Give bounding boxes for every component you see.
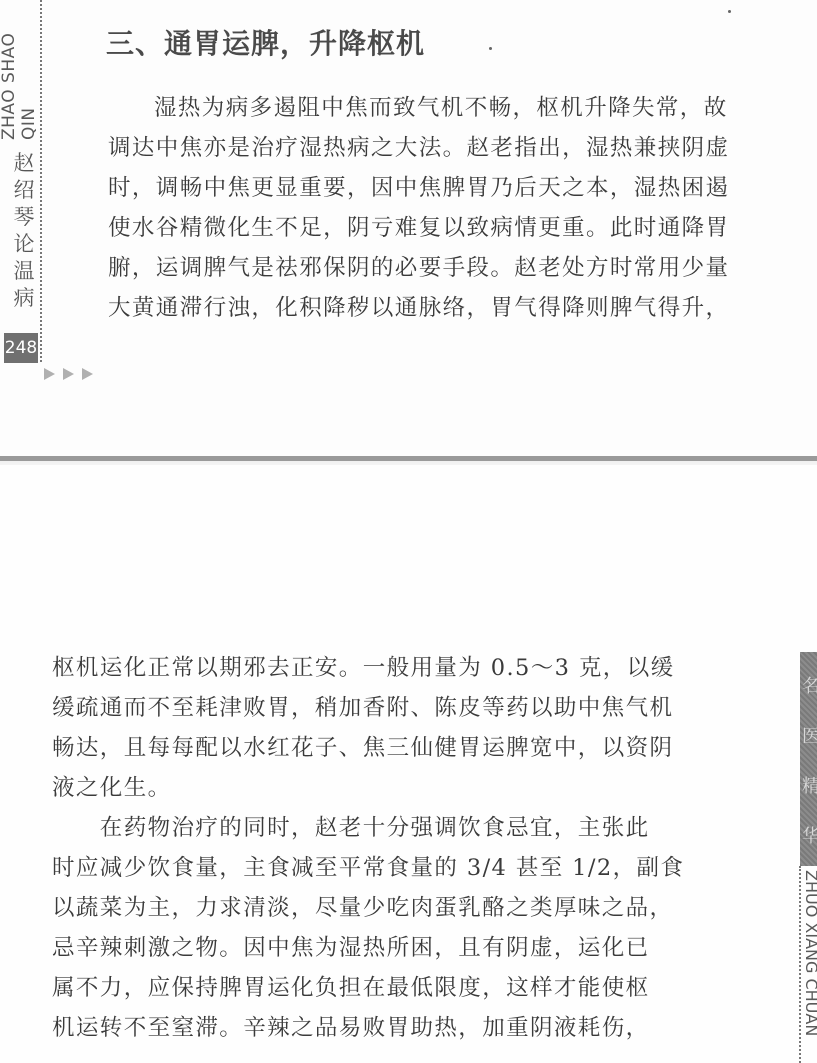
text-line: 大黄通滞行浊，化积降秽以通脉络，胃气得降则脾气得升， — [108, 288, 729, 328]
title-char: 温 — [10, 258, 38, 285]
text-line: 机运转不至窒滞。辛辣之品易败胃助热，加重阴液耗伤， — [52, 1008, 684, 1048]
title-char: 病 — [10, 285, 38, 312]
text-line: 在药物治疗的同时，赵老十分强调饮食忌宜，主张此 — [52, 808, 684, 848]
tab-char: 华 — [800, 812, 817, 862]
tab-char: 名 — [800, 662, 817, 712]
title-char: 论 — [10, 231, 38, 258]
body-paragraph: 枢机运化正常以期邪去正安。一般用量为 0.5～3 克，以缓 缓疏通而不至耗津败胃… — [52, 648, 684, 1048]
text-line: 枢机运化正常以期邪去正安。一般用量为 0.5～3 克，以缓 — [52, 648, 684, 688]
scan-speck — [489, 47, 492, 50]
title-char: 绍 — [10, 177, 38, 204]
arrow-decoration — [44, 368, 93, 380]
page-number: 248 — [4, 333, 38, 363]
text-line: 使水谷精微化生不足，阴亏难复以致病情更重。此时通降胃 — [108, 208, 729, 248]
margin-dotted-line — [40, 0, 42, 362]
triangle-arrow-icon — [44, 368, 55, 380]
scan-speck — [728, 10, 731, 13]
text-line: 时应减少饮食量，主食减至平常食量的 3/4 甚至 1/2，副食 — [52, 848, 684, 888]
text-line: 属不力，应保持脾胃运化负担在最低限度，这样才能使枢 — [52, 968, 684, 1008]
running-title-chinese: 赵 绍 琴 论 温 病 — [10, 150, 38, 312]
title-char: 琴 — [10, 204, 38, 231]
section-heading: 三、通胃运脾，升降枢机 — [106, 22, 425, 62]
section-tab: 名 医 精 华 — [800, 652, 817, 866]
triangle-arrow-icon — [82, 368, 93, 380]
text-line: 时，调畅中焦更显重要，因中焦脾胃乃后天之本，湿热困遏 — [108, 168, 729, 208]
text-line: 调达中焦亦是治疗湿热病之大法。赵老指出，湿热兼挟阴虚 — [108, 128, 729, 168]
running-title-latin: ZHUO XIANG CHUAN — [803, 870, 817, 1063]
running-title-latin: ZHAO SHAO QIN — [6, 0, 32, 140]
text-line: 缓疏通而不至耗津败胃，稍加香附、陈皮等药以助中焦气机 — [52, 688, 684, 728]
text-line: 畅达，且每每配以水红花子、焦三仙健胃运脾宽中，以资阴 — [52, 728, 684, 768]
text-line: 腑，运调脾气是祛邪保阴的必要手段。赵老处方时常用少量 — [108, 248, 729, 288]
tab-char: 精 — [800, 762, 817, 812]
text-line: 液之化生。 — [52, 768, 684, 808]
margin-dotted-line — [799, 866, 801, 1063]
text-line: 忌辛辣刺激之物。因中焦为湿热所困，且有阴虚，运化已 — [52, 928, 684, 968]
tab-char: 医 — [800, 712, 817, 762]
title-char: 赵 — [10, 150, 38, 177]
text-line: 湿热为病多遏阻中焦而致气机不畅，枢机升降失常，故 — [108, 88, 729, 128]
triangle-arrow-icon — [63, 368, 74, 380]
body-paragraph: 湿热为病多遏阻中焦而致气机不畅，枢机升降失常，故 调达中焦亦是治疗湿热病之大法。… — [108, 88, 729, 328]
text-line: 以蔬菜为主，力求清淡，尽量少吃肉蛋乳酪之类厚味之品， — [52, 888, 684, 928]
